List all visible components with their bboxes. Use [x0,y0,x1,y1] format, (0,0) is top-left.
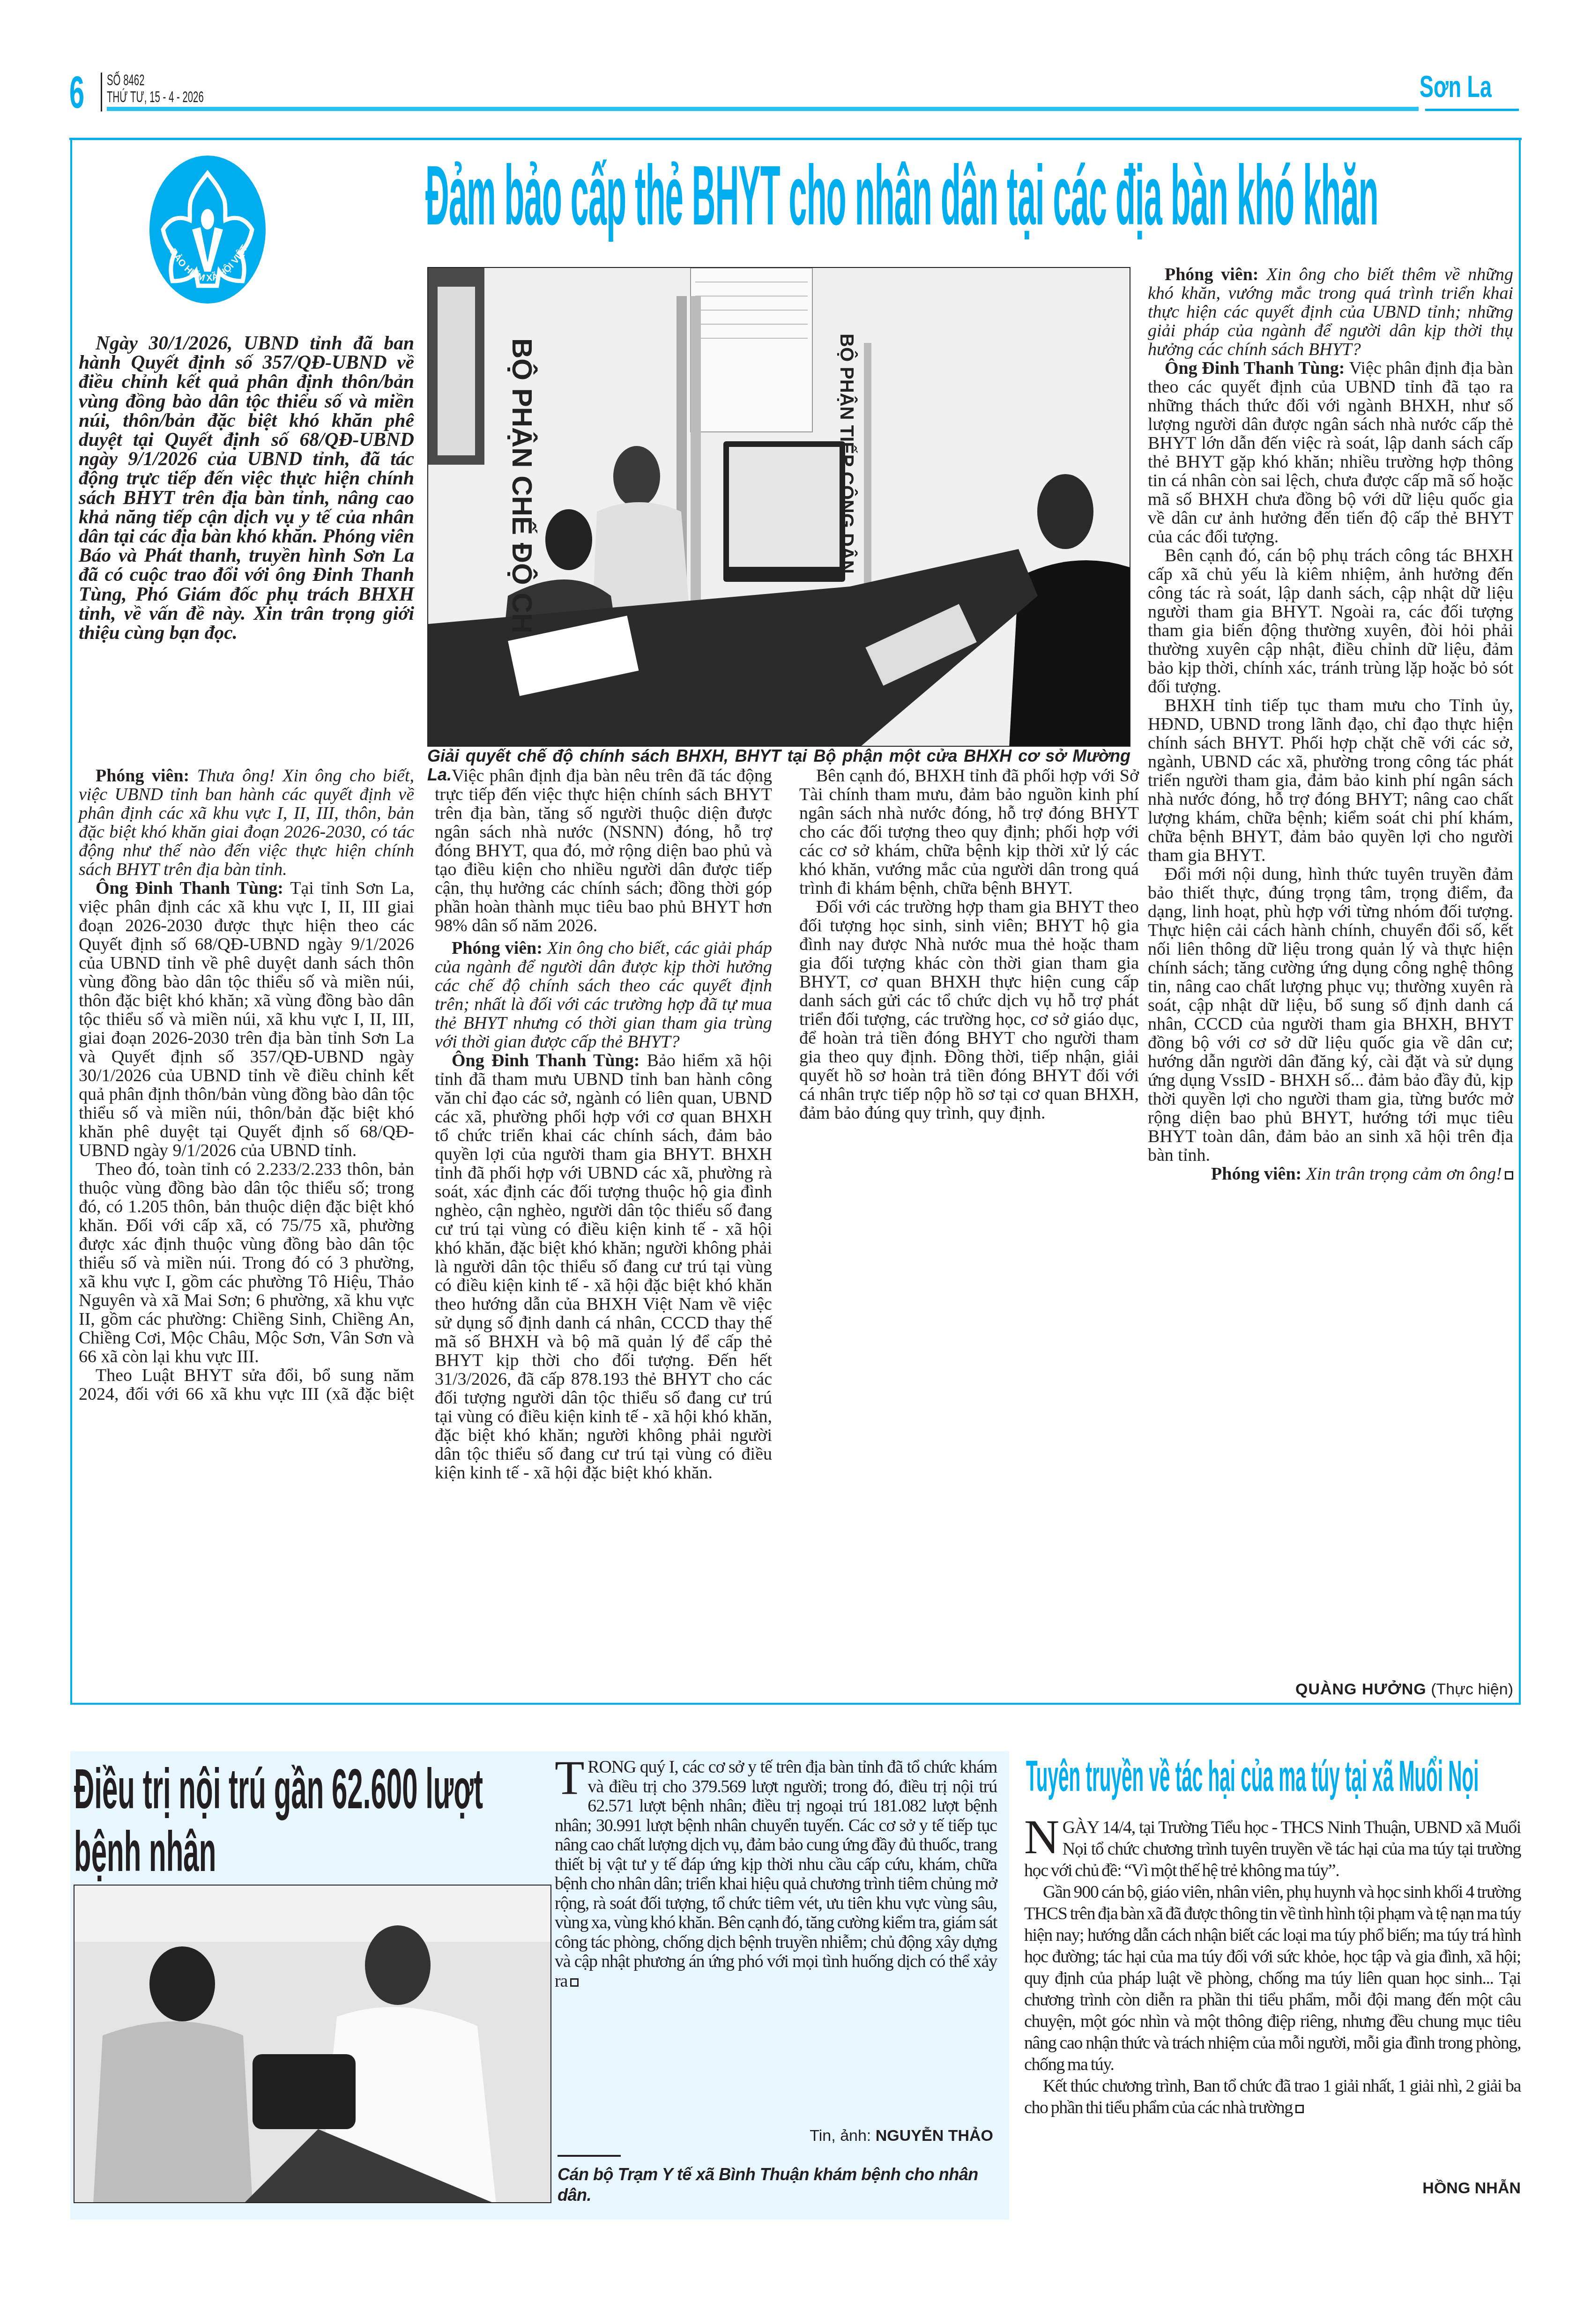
reporter-label: Phóng viên: [1165,265,1258,284]
dropcap: N [1024,1819,1063,1856]
article-column-2: Việc phân định địa bàn nêu trên đã tác đ… [435,766,772,1482]
answer-3-para-4: Đổi mới nội dung, hình thức tuyên truyền… [1148,865,1513,1165]
article-2-title: Điều trị nội trú gần 62.600 lượt bệnh nh… [74,1758,531,1883]
article-3-para-1: GÀY 14/4, tại Trường Tiểu học - THCS Nin… [1024,1818,1521,1880]
end-mark-icon [1295,2105,1304,2113]
article-column-1: Phóng viên: Thưa ông! Xin ông cho biết, … [79,766,414,1403]
closing-line: Xin trân trọng cảm ơn ông! [1306,1164,1502,1184]
answer-3-para-3: BHXH tỉnh tiếp tục tham mưu cho Tỉnh ủy,… [1148,696,1513,865]
article-3-title: Tuyên truyền về tác hại của ma túy tại x… [1026,1753,1521,1800]
reporter-label: Phóng viên: [96,766,189,786]
answer-1-para-4: Việc phân định địa bàn nêu trên đã tác đ… [435,766,772,935]
bhxh-vietnam-logo-icon: BẢO HIỂM XÃ HỘI VIỆT NAM [149,155,266,304]
interviewee-label: Ông Đinh Thanh Tùng: [1165,358,1345,378]
answer-1-para-2: Theo đó, toàn tỉnh có 2.233/2.233 thôn, … [79,1160,414,1366]
section-underline [1425,109,1519,111]
article-3-body: NGÀY 14/4, tại Trường Tiểu học - THCS Ni… [1024,1817,1521,2118]
byline-name: QUÀNG HƯỞNG [1295,1680,1427,1698]
caption-rule [558,2155,621,2157]
article-2-photo [74,1885,551,2203]
article-column-4: Phóng viên: Xin ông cho biết thêm về nhữ… [1148,265,1513,1183]
issue-date: THỨ TƯ, 15 - 4 - 2026 [107,88,204,106]
answer-3-para-2: Bên cạnh đó, cán bộ phụ trách công tác B… [1148,546,1513,696]
article-2-byline: Tin, ảnh: NGUYỄN THẢO [675,2127,993,2145]
end-mark-icon [1505,1171,1513,1180]
article-lead: Ngày 30/1/2026, UBND tỉnh đã ban hành Qu… [79,334,414,642]
interviewee-label: Ông Đinh Thanh Tùng: [96,878,283,898]
end-mark-icon [570,1978,579,1987]
interviewee-label: Ông Đinh Thanh Tùng: [452,1051,639,1070]
answer-2-para-2: Bên cạnh đó, BHXH tỉnh đã phối hợp với S… [799,766,1139,898]
article-photo: BỘ PHẬN CHẾ ĐỘ CH BỘ PHẬN TIẾP CÔNG DÂN [427,267,1130,747]
article-3-byline: HỒNG NHẪN [1024,2179,1521,2198]
byline-name: NGUYỄN THẢO [876,2127,993,2145]
header-divider [101,73,102,111]
article-2-body: TRONG quý I, các cơ sở y tế trên địa bàn… [555,1758,997,2039]
answer-2-para-1: Bảo hiểm xã hội tỉnh đã tham mưu UBND tỉ… [435,1051,772,1483]
issue-number: SỐ 8462 [107,71,145,89]
article-2-text: RONG quý I, các cơ sở y tế trên địa bàn … [555,1757,997,1991]
answer-1-para-3: Theo Luật BHYT sửa đổi, bổ sung năm 2024… [79,1366,414,1403]
reporter-label: Phóng viên: [1211,1164,1301,1184]
dropcap: T [555,1760,587,1797]
answer-1-para-1: Tại tỉnh Sơn La, việc phân định các xã k… [79,878,414,1160]
article-3-para-2: Gần 900 cán bộ, giáo viên, nhân viên, ph… [1024,1881,1521,2075]
byline-prefix: Tin, ảnh: [810,2127,871,2145]
article-2-title-text: Điều trị nội trú gần 62.600 lượt bệnh nh… [74,1758,483,1883]
header-bar [107,107,1419,111]
section-name: Sơn La [1420,70,1492,103]
photo-sign-1: BỘ PHẬN CHẾ ĐỘ CH [506,338,538,633]
answer-3-para-1: Việc phân định địa bàn theo các quyết đị… [1148,358,1513,547]
article-2-photo-caption: Cán bộ Trạm Y tế xã Bình Thuận khám bệnh… [558,2164,998,2205]
main-byline: QUÀNG HƯỞNG (Thực hiện) [1148,1680,1513,1699]
reporter-label: Phóng viên: [452,938,543,958]
byline-role: (Thực hiện) [1431,1680,1513,1698]
photo-sign-2: BỘ PHẬN TIẾP CÔNG DÂN [836,334,858,574]
answer-2-para-3: Đối với các trường hợp tham gia BHYT the… [799,898,1139,1122]
page-number: 6 [69,70,84,115]
article-3-para-3: Kết thúc chương trình, Ban tổ chức đã tr… [1024,2076,1521,2117]
article-column-3: Bên cạnh đó, BHXH tỉnh đã phối hợp với S… [799,766,1139,1122]
main-article-title: Đảm bảo cấp thẻ BHYT cho nhân dân tại cá… [425,149,853,257]
